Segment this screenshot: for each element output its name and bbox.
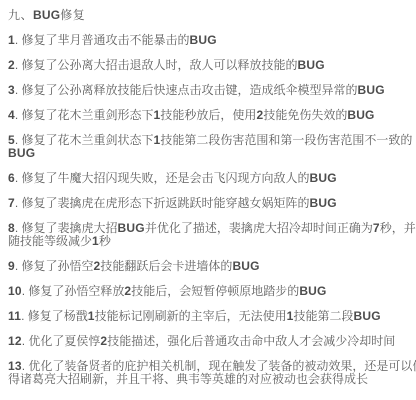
bug-list-item: 11. 修复了杨戬1技能标记刚刷新的主宰后，无法使用1技能第二段BUG <box>8 310 406 323</box>
bug-line: 随技能等级减少1秒 <box>8 235 406 248</box>
bug-list-item: 2. 修复了公孙离大招击退敌人时，敌人可以释放技能的BUG <box>8 59 406 72</box>
bug-list-item: 10. 修复了孙悟空释放2技能后，会短暂停顿原地踏步的BUG <box>8 285 406 298</box>
bug-list-item: 6. 修复了牛魔大招闪现失败，还是会击飞闪现方向敌人的BUG <box>8 172 406 185</box>
bug-line: 得诸葛亮大招刷新，并且干将、典韦等英雄的对应被动也会获得成长 <box>8 373 406 386</box>
bug-line: 10. 修复了孙悟空释放2技能后，会短暂停顿原地踏步的BUG <box>8 285 406 298</box>
bug-line: 2. 修复了公孙离大招击退敌人时，敌人可以释放技能的BUG <box>8 59 406 72</box>
bug-list-item: 5. 修复了花木兰重剑状态下1技能第二段伤害范围和第一段伤害范围不一致的BUG <box>8 134 406 160</box>
bug-line: 4. 修复了花木兰重剑形态下1技能秒放后，使用2技能免伤失效的BUG <box>8 109 406 122</box>
bug-list-item: 13. 优化了装备贤者的庇护相关机制，现在触发了装备的被动效果，还是可以使得诸葛… <box>8 360 406 386</box>
bug-list-item: 1. 修复了芈月普通攻击不能暴击的BUG <box>8 34 406 47</box>
bug-line: 1. 修复了芈月普通攻击不能暴击的BUG <box>8 34 406 47</box>
bug-line: 7. 修复了裴擒虎在虎形态下折返跳跃时能穿越女娲矩阵的BUG <box>8 197 406 210</box>
bug-line: BUG <box>8 147 406 160</box>
bug-list-item: 3. 修复了公孙离释放技能后快速点击攻击键，造成纸伞模型异常的BUG <box>8 84 406 97</box>
bug-fix-list: 1. 修复了芈月普通攻击不能暴击的BUG2. 修复了公孙离大招击退敌人时，敌人可… <box>8 34 406 386</box>
bug-line: 11. 修复了杨戬1技能标记刚刷新的主宰后，无法使用1技能第二段BUG <box>8 310 406 323</box>
bug-line: 12. 优化了夏侯惇2技能描述，强化后普通攻击命中敌人才会减少冷却时间 <box>8 335 406 348</box>
bug-line: 3. 修复了公孙离释放技能后快速点击攻击键，造成纸伞模型异常的BUG <box>8 84 406 97</box>
section-heading: 九、BUG修复 <box>8 8 406 22</box>
patch-notes-document: 九、BUG修复 1. 修复了芈月普通攻击不能暴击的BUG2. 修复了公孙离大招击… <box>0 0 416 400</box>
bug-list-item: 9. 修复了孙悟空2技能翻跃后会卡进墙体的BUG <box>8 260 406 273</box>
bug-list-item: 7. 修复了裴擒虎在虎形态下折返跳跃时能穿越女娲矩阵的BUG <box>8 197 406 210</box>
bug-line: 5. 修复了花木兰重剑状态下1技能第二段伤害范围和第一段伤害范围不一致的 <box>8 134 406 147</box>
bug-line: 6. 修复了牛魔大招闪现失败，还是会击飞闪现方向敌人的BUG <box>8 172 406 185</box>
bug-list-item: 4. 修复了花木兰重剑形态下1技能秒放后，使用2技能免伤失效的BUG <box>8 109 406 122</box>
bug-list-item: 12. 优化了夏侯惇2技能描述，强化后普通攻击命中敌人才会减少冷却时间 <box>8 335 406 348</box>
bug-list-item: 8. 修复了裴擒虎大招BUG并优化了描述，裴擒虎大招冷却时间正确为7秒，并将随技… <box>8 222 406 248</box>
bug-line: 9. 修复了孙悟空2技能翻跃后会卡进墙体的BUG <box>8 260 406 273</box>
